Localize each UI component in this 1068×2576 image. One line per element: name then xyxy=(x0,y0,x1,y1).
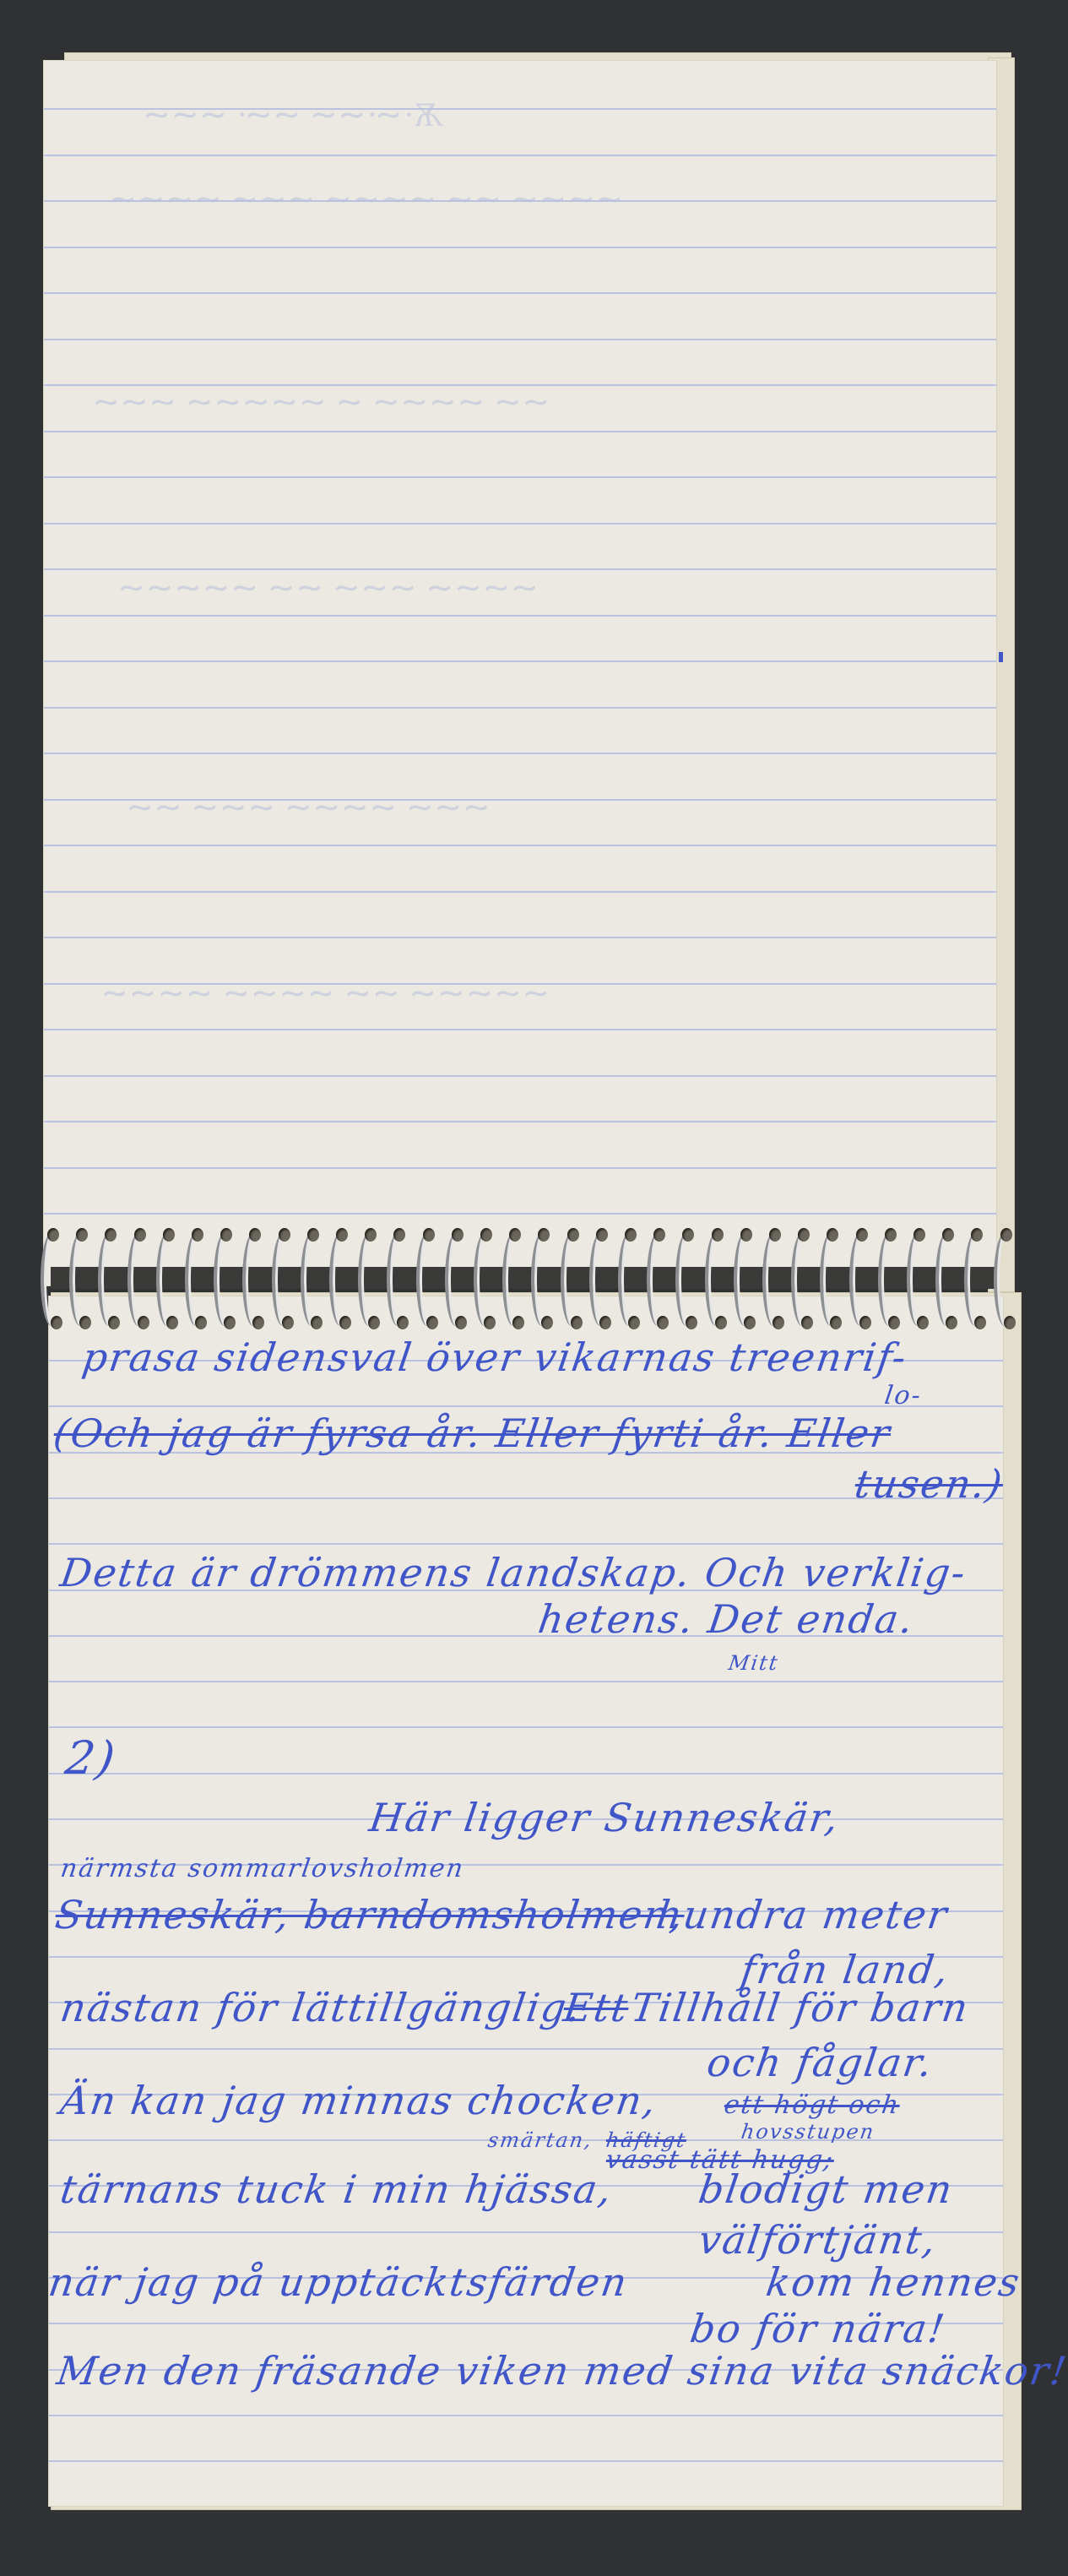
punch-hole xyxy=(307,1228,319,1242)
ruled-line xyxy=(44,431,996,432)
punch-hole xyxy=(484,1316,496,1329)
text-kom-hennes: kom hennes xyxy=(763,2259,1023,2305)
punch-hole xyxy=(917,1316,929,1329)
punch-hole xyxy=(452,1228,464,1242)
insert-hovsstupen: hovsstupen xyxy=(740,2120,876,2144)
struck-och-jag: (Och jag är fyrsa år. Eller fyrti år. El… xyxy=(51,1410,894,1456)
punch-hole xyxy=(311,1316,323,1329)
show-through-text: ∽∽∽ ∽∽∽∽ ∽∽∽ ∽∽ xyxy=(128,787,493,827)
punch-hole xyxy=(571,1316,583,1329)
section-number: 2) xyxy=(62,1731,120,1785)
spiral-coil xyxy=(561,1233,583,1326)
spiral-coil xyxy=(907,1233,929,1326)
punch-hole xyxy=(773,1316,784,1329)
punch-hole xyxy=(426,1316,438,1329)
ruled-line xyxy=(44,292,996,294)
ruled-line xyxy=(49,1543,1003,1545)
punch-hole xyxy=(192,1228,203,1242)
text-bo-for-nara: bo för nära! xyxy=(687,2306,949,2351)
punch-hole xyxy=(455,1316,467,1329)
spiral-coil xyxy=(820,1233,842,1326)
punch-hole xyxy=(195,1316,207,1329)
ruled-line xyxy=(44,1029,996,1030)
ruled-line xyxy=(44,615,996,617)
punch-hole xyxy=(51,1316,62,1329)
bottom-page: prasa sidensval över vikarnas treenrif- … xyxy=(49,1296,1003,2506)
insert-mitt: Mitt xyxy=(727,1651,780,1675)
ruled-line xyxy=(44,1167,996,1169)
ruled-line xyxy=(49,1773,1003,1774)
spiral-coil xyxy=(994,1233,1016,1326)
spiral-coil xyxy=(242,1233,264,1326)
spiral-binding xyxy=(34,1233,1005,1326)
punch-hole xyxy=(769,1228,781,1242)
punch-hole xyxy=(1000,1228,1012,1242)
ruled-line xyxy=(44,753,996,754)
punch-hole xyxy=(1004,1316,1016,1329)
spiral-coil xyxy=(618,1233,640,1326)
punch-hole xyxy=(712,1228,724,1242)
punch-hole xyxy=(859,1316,871,1329)
spiral-coil xyxy=(387,1233,409,1326)
punch-hole xyxy=(913,1228,925,1242)
struck-tusen: tusen.) xyxy=(852,1461,1006,1507)
margin-ink-mark xyxy=(999,652,1003,662)
ruled-line xyxy=(49,2460,1003,2462)
ruled-line xyxy=(44,339,996,340)
ruled-line xyxy=(44,476,996,478)
punch-hole xyxy=(744,1316,756,1329)
spiral-coil xyxy=(69,1233,91,1326)
ruled-line xyxy=(44,1075,996,1077)
show-through-text: Ѫ·∽·∽∽ ∽∽· ∽∽∽ xyxy=(145,95,442,134)
show-through-text: ∽∽∽∽ ∽∽ ∽∽∽∽ ∽∽∽ ∽∽∽∽ xyxy=(111,179,626,219)
spiral-coil xyxy=(531,1233,553,1326)
line-men-den: Men den fräsande viken med sina vita snä… xyxy=(54,2348,1068,2394)
line-detta: Detta är drömmens landskap. Och verklig- xyxy=(57,1550,969,1595)
spiral-coil xyxy=(127,1233,149,1326)
line-tarnans: tärnans tuck i min hjässa, xyxy=(57,2166,615,2212)
spiral-coil xyxy=(445,1233,467,1326)
ruled-line xyxy=(44,937,996,938)
ruled-line xyxy=(49,1726,1003,1728)
spiral-coil xyxy=(301,1233,323,1326)
spiral-coil xyxy=(849,1233,871,1326)
punch-hole xyxy=(339,1316,351,1329)
struck-ett-hogt: ett högt och xyxy=(723,2090,903,2120)
punch-hole xyxy=(138,1316,149,1329)
spiral-coil xyxy=(964,1233,986,1326)
punch-hole xyxy=(282,1316,294,1329)
punch-hole xyxy=(599,1316,611,1329)
punch-hole xyxy=(279,1228,290,1242)
spiral-coil xyxy=(935,1233,957,1326)
spiral-coil xyxy=(762,1233,784,1326)
struck-ett: Ett xyxy=(561,1985,632,2030)
text-valfortjant: välförtjänt, xyxy=(696,2217,940,2263)
spiral-coil xyxy=(185,1233,207,1326)
insert-smartan: smärtan, xyxy=(486,2128,594,2152)
punch-hole xyxy=(856,1228,868,1242)
punch-hole xyxy=(888,1316,900,1329)
punch-hole xyxy=(134,1228,146,1242)
spiral-coil xyxy=(214,1233,236,1326)
ruled-line xyxy=(44,523,996,524)
ruled-line xyxy=(49,1681,1003,1682)
spiral-coil xyxy=(878,1233,900,1326)
spiral-coil xyxy=(156,1233,178,1326)
spiral-coil xyxy=(358,1233,380,1326)
spiral-coil xyxy=(734,1233,756,1326)
insert-narmsta: närmsta sommarlovsholmen xyxy=(59,1854,467,1883)
spiral-coil xyxy=(41,1233,62,1326)
text-hundra-meter: hundra meter xyxy=(653,1892,951,1937)
insert-lo: lo- xyxy=(883,1381,924,1410)
spiral-coil xyxy=(474,1233,496,1326)
line-nastan: nästan för lättillgänglig. xyxy=(57,1985,584,2030)
punch-hole xyxy=(628,1316,640,1329)
punch-hole xyxy=(625,1228,637,1242)
punch-hole xyxy=(596,1228,608,1242)
punch-hole xyxy=(166,1316,178,1329)
ruled-line xyxy=(44,660,996,662)
ruled-line xyxy=(44,845,996,846)
punch-hole xyxy=(163,1228,175,1242)
spiral-coil xyxy=(647,1233,669,1326)
spiral-coil xyxy=(589,1233,611,1326)
spiral-coil xyxy=(329,1233,351,1326)
spiral-coil xyxy=(705,1233,727,1326)
struck-sunneskar: Sunneskär, barndomsholmen, xyxy=(52,1892,687,1937)
line-prasa: prasa sidensval över vikarnas treenrif- xyxy=(79,1334,910,1380)
line-nar-jag: när jag på upptäcktsfärden xyxy=(46,2259,631,2305)
text-blodigt-men: blodigt men xyxy=(696,2166,957,2212)
spiral-coil xyxy=(98,1233,120,1326)
spiral-coil xyxy=(502,1233,524,1326)
punch-hole xyxy=(715,1316,727,1329)
ruled-line xyxy=(44,247,996,248)
punch-hole xyxy=(885,1228,897,1242)
punch-hole xyxy=(567,1228,579,1242)
punch-hole xyxy=(47,1228,59,1242)
punch-hole xyxy=(423,1228,435,1242)
ruled-line xyxy=(44,155,996,156)
ruled-line xyxy=(44,1213,996,1215)
ruled-line xyxy=(49,2415,1003,2416)
show-through-text: ∽∽∽∽∽ ∽∽ ∽∽∽∽ ∽∽∽∽ xyxy=(103,973,553,1013)
punch-hole xyxy=(480,1228,492,1242)
punch-hole xyxy=(740,1228,752,1242)
text-tillhall: Tillhåll för barn xyxy=(628,1985,972,2030)
line-an-kan-jag: Än kan jag minnas chocken, xyxy=(57,2078,660,2123)
show-through-text: ∽∽ ∽∽∽∽ ∽ ∽∽∽∽∽ ∽∽∽ xyxy=(95,382,553,421)
spiral-coil xyxy=(272,1233,294,1326)
top-page: Ѫ·∽·∽∽ ∽∽· ∽∽∽ ∽∽∽∽ ∽∽ ∽∽∽∽ ∽∽∽ ∽∽∽∽ ∽∽ … xyxy=(44,61,996,1285)
ruled-line xyxy=(44,707,996,709)
line-har-ligger: Här ligger Sunneskär, xyxy=(366,1795,843,1840)
spiral-coil xyxy=(675,1233,697,1326)
insert-och-faglar: och fåglar. xyxy=(704,2040,936,2085)
punch-hole xyxy=(336,1228,348,1242)
ruled-line xyxy=(44,1121,996,1122)
ruled-line xyxy=(44,891,996,893)
ruled-line xyxy=(49,1405,1003,1407)
line-hetens: hetens. Det enda. xyxy=(535,1596,917,1642)
spiral-coil xyxy=(416,1233,438,1326)
spiral-coil xyxy=(791,1233,813,1326)
show-through-text: ∽∽∽∽ ∽∽∽ ∽∽ ∽∽∽∽∽ xyxy=(120,568,541,607)
